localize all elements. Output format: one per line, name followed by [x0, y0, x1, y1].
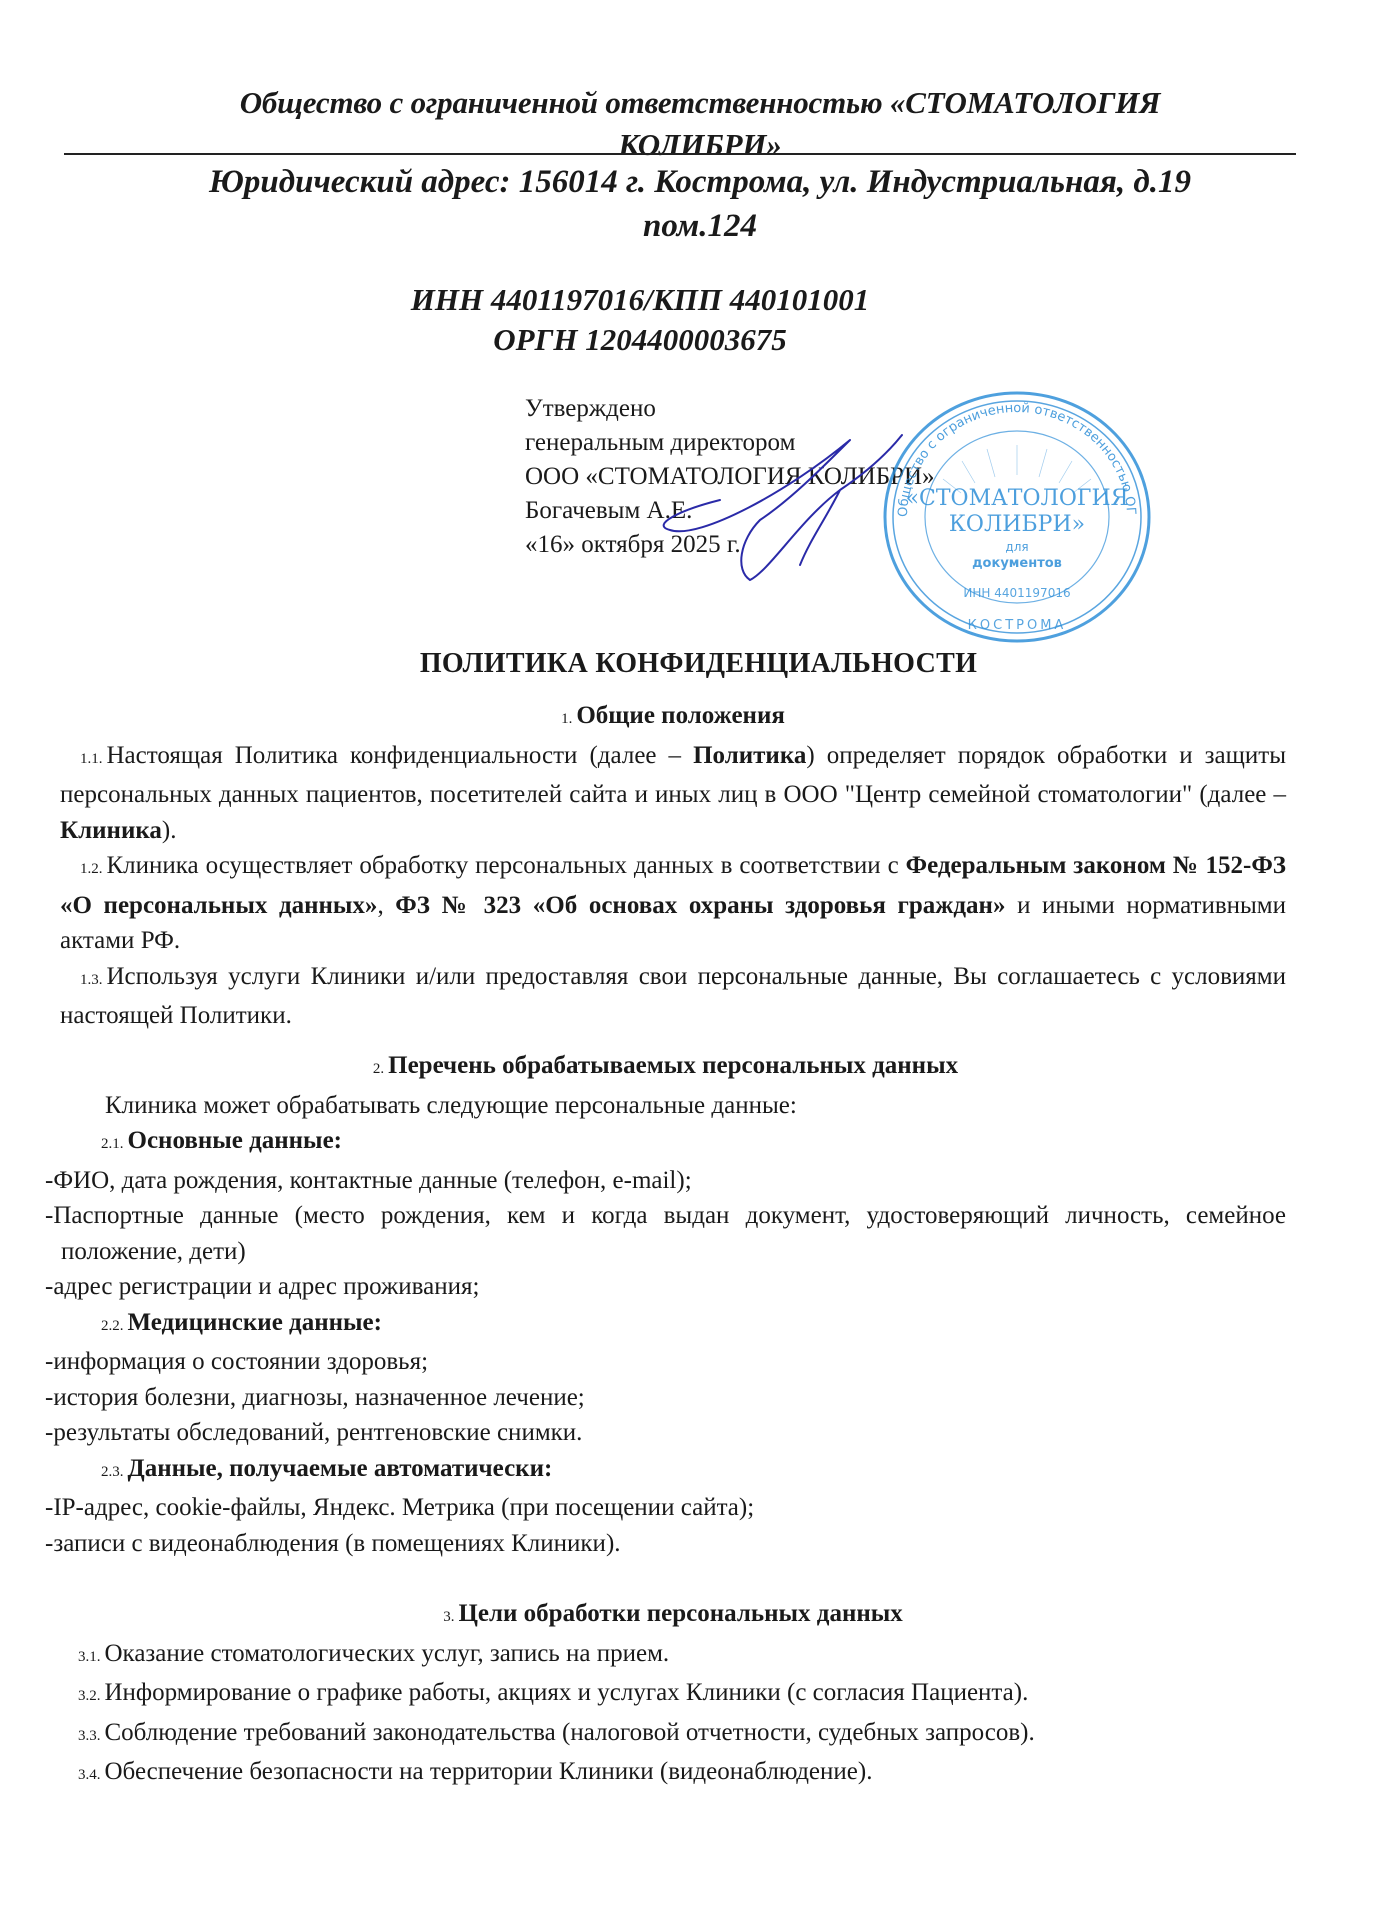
list-item: -IP-адрес, cookie-файлы, Яндекс. Метрика…: [45, 1490, 1286, 1526]
list-item: -результаты обследований, рентгеновские …: [45, 1415, 1286, 1451]
list-item: -адрес регистрации и адрес проживания;: [45, 1269, 1286, 1305]
address-line2: пом.124: [100, 204, 1300, 248]
org-name-line1: Общество с ограниченной ответственностью…: [100, 82, 1300, 124]
signature-icon: [640, 430, 920, 590]
paragraph-3-4: 3.4.Обеспечение безопасности на территор…: [60, 1754, 1286, 1794]
document-title: ПОЛИТИКА КОНФИДЕНЦИАЛЬНОСТИ: [0, 648, 1397, 680]
stamp-center-line1: «СТОМАТОЛОГИЯ: [906, 486, 1129, 511]
stamp-center-line3: для: [1005, 540, 1028, 554]
stamp-inn: ИНН 4401197016: [963, 586, 1070, 600]
list-item: -записи с видеонаблюдения (в помещениях …: [45, 1526, 1286, 1562]
address-line1: Юридический адрес: 156014 г. Кострома, у…: [100, 160, 1300, 204]
section-3: 3.Цели обработки персональных данных 3.1…: [60, 1596, 1286, 1794]
subsection-heading: 2.3.Данные, получаемые автоматически:: [45, 1451, 1286, 1491]
stamp-center-line4: документов: [972, 556, 1062, 571]
section-heading: 2.Перечень обрабатываемых персональных д…: [45, 1048, 1286, 1088]
paragraph-3-2: 3.2.Информирование о графике работы, акц…: [60, 1675, 1286, 1715]
section-2: 2.Перечень обрабатываемых персональных д…: [45, 1048, 1286, 1561]
paragraph-1-2: 1.2.Клиника осуществляет обработку персо…: [60, 848, 1286, 959]
paragraph-1-1: 1.1.Настоящая Политика конфиденциальност…: [60, 738, 1286, 849]
letterhead-divider: [64, 153, 1296, 155]
list-item: -информация о состоянии здоровья;: [45, 1344, 1286, 1380]
document-page: Общество с ограниченной ответственностью…: [0, 0, 1397, 1920]
list-item: -история болезни, диагнозы, назначенное …: [45, 1380, 1286, 1416]
stamp-center-line2: КОЛИБРИ»: [949, 512, 1085, 537]
section-intro: Клиника может обрабатывать следующие пер…: [45, 1088, 1286, 1124]
section-1: 1.Общие положения 1.1.Настоящая Политика…: [60, 698, 1286, 1034]
letterhead-registration: ИНН 4401197016/КПП 440101001 ОРГН 120440…: [380, 280, 900, 360]
paragraph-3-1: 3.1.Оказание стоматологических услуг, за…: [60, 1636, 1286, 1676]
paragraph-1-3: 1.3.Используя услуги Клиники и/или предо…: [60, 959, 1286, 1034]
list-item: -ФИО, дата рождения, контактные данные (…: [45, 1163, 1286, 1199]
subsection-heading: 2.2.Медицинские данные:: [45, 1305, 1286, 1345]
section-heading: 1.Общие положения: [60, 698, 1286, 738]
subsection-heading: 2.1.Основные данные:: [45, 1123, 1286, 1163]
approval-line: Утверждено: [525, 392, 935, 426]
list-item: -Паспортные данные (место рождения, кем …: [45, 1198, 1286, 1269]
paragraph-3-3: 3.3.Соблюдение требований законодательст…: [60, 1715, 1286, 1755]
ogrn: ОРГН 1204400003675: [380, 320, 900, 360]
letterhead-address: Юридический адрес: 156014 г. Кострома, у…: [100, 160, 1300, 248]
inn-kpp: ИНН 4401197016/КПП 440101001: [380, 280, 900, 320]
stamp-city: КОСТРОМА: [968, 618, 1067, 633]
section-heading: 3.Цели обработки персональных данных: [60, 1596, 1286, 1636]
